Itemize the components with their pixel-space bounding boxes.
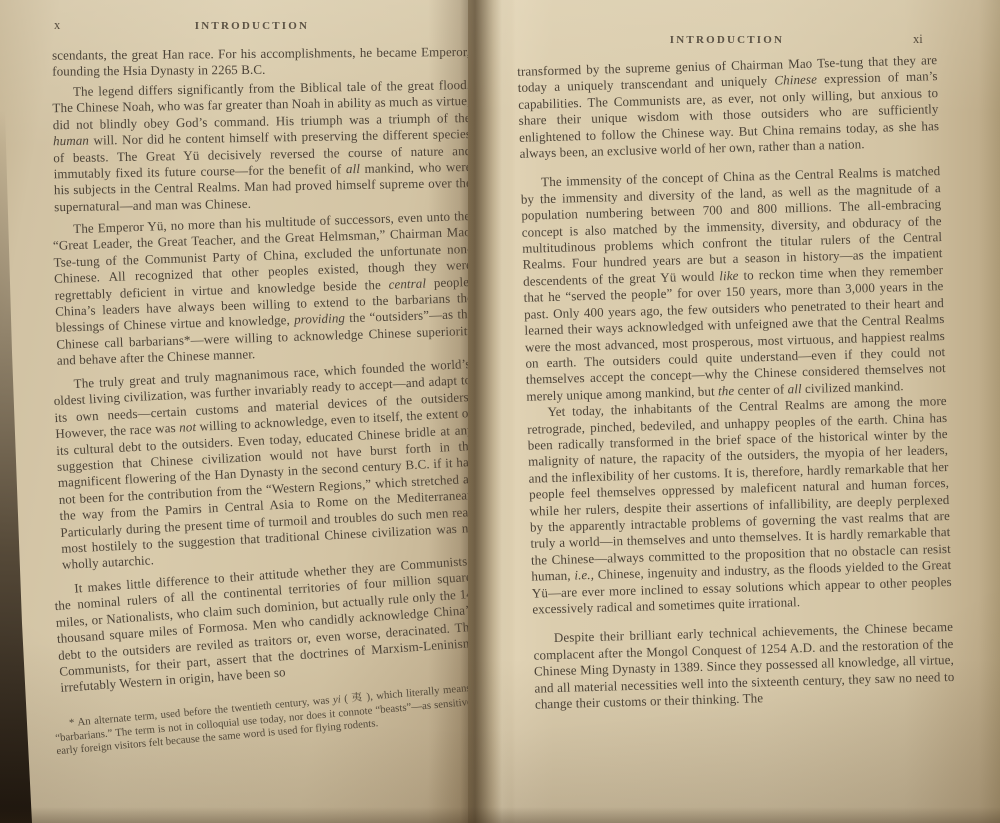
paragraph: The Emperor Yü, no more than his multitu…	[52, 208, 475, 369]
running-head-right: INTRODUCTION	[517, 34, 937, 46]
paragraph: The legend differs significantly from th…	[52, 77, 472, 216]
paragraph: The immensity of the concept of China as…	[520, 164, 946, 405]
left-page-text-column: scendants, the great Han race. For his a…	[52, 44, 470, 723]
page-number-right: xi	[913, 32, 923, 47]
paragraph: It makes little difference to their atti…	[53, 553, 478, 697]
page-right: INTRODUCTION xi transformed by the supre…	[468, 0, 1000, 823]
running-head-left: INTRODUCTION	[52, 20, 452, 32]
paragraph: scendants, the great Han race. For his a…	[52, 44, 470, 80]
paragraph: transformed by the supreme genius of Cha…	[517, 52, 940, 162]
paragraph: Despite their brilliant early technical …	[533, 619, 955, 713]
page-left: x INTRODUCTION scendants, the great Han …	[0, 0, 468, 823]
footnote: * An alternate term, used before the twe…	[54, 682, 474, 759]
paragraph: Yet today, the inhabitants of the Centra…	[527, 393, 953, 618]
paragraph: The truly great and truly magnanimous ra…	[53, 356, 480, 574]
right-page-text-column: transformed by the supreme genius of Cha…	[517, 52, 955, 713]
open-book-photo: x INTRODUCTION scendants, the great Han …	[0, 0, 1000, 823]
